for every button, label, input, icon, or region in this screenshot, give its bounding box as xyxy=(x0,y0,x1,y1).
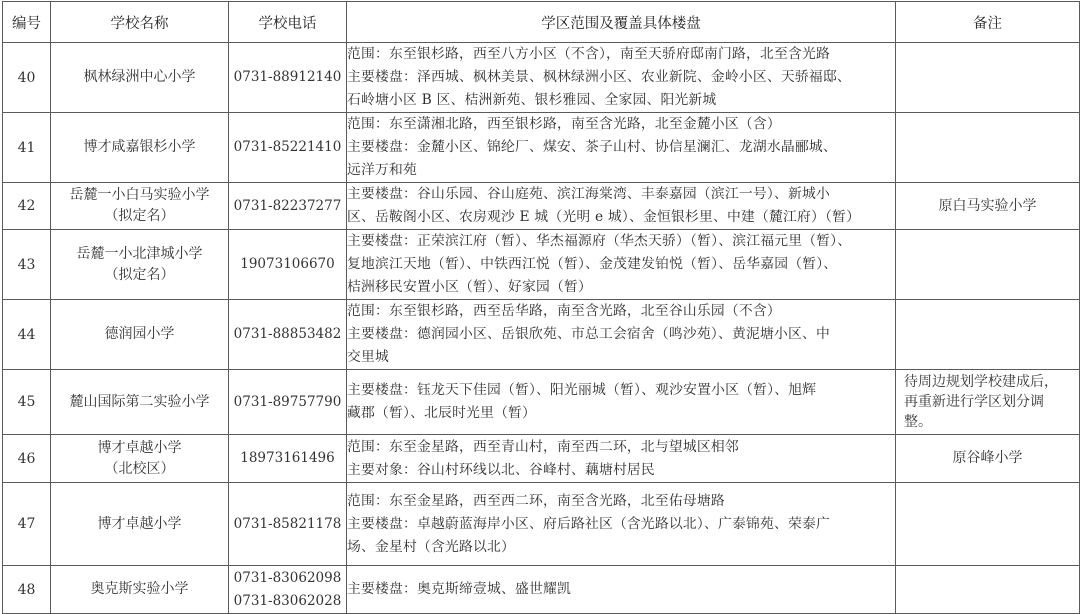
area-line: 藏郡（暂）、北辰时光里（暂） xyxy=(347,402,895,425)
school-name: 博才卓越小学 xyxy=(51,483,229,566)
header-row: 编号 学校名称 学校电话 学区范围及覆盖具体楼盘 备注 xyxy=(3,2,1080,43)
area-line: 主要楼盘：钰龙天下佳园（暂）、阳光丽城（暂）、观沙安置小区（暂）、旭辉 xyxy=(347,379,895,402)
table-row: 48 奥克斯实验小学 0731-83062098 0731-83062028 主… xyxy=(3,566,1080,613)
phone-number: 18973161496 xyxy=(229,447,346,470)
area-line: 复地滨江天地（暂）、中铁西江悦（暂）、金茂建发铂悦（暂）、岳华嘉园（暂）、 xyxy=(347,253,895,276)
phone-number: 0731-89757790 xyxy=(229,391,346,414)
row-number: 47 xyxy=(3,483,51,566)
school-name: 岳麓一小北津城小学 （拟定名） xyxy=(51,230,229,300)
phone-number: 0731-85821178 xyxy=(229,513,346,536)
phone-number: 0731-83062028 xyxy=(229,590,346,613)
area-line: 主要楼盘：奥克斯缔壹城、盛世耀凯 xyxy=(347,578,895,601)
header-number: 编号 xyxy=(3,2,51,43)
phone-number: 0731-88853482 xyxy=(229,323,346,346)
school-name: 岳麓一小白马实验小学 （拟定名） xyxy=(51,183,229,230)
school-name-line: 岳麓一小白马实验小学 xyxy=(51,185,228,206)
table-row: 40 枫林绿洲中心小学 0731-88912140 范围：东至银杉路，西至八方小… xyxy=(3,43,1080,113)
area-line: 桔洲移民安置小区（暂）、好家园（暂） xyxy=(347,276,895,299)
area-line: 范围：东至金星路，西至青山村，南至西二环，北与望城区相邻 xyxy=(347,436,895,459)
note-cell xyxy=(896,483,1080,566)
area-line: 范围：东至银杉路，西至八方小区（不含），南至天骄府邸南门路，北至含光路 xyxy=(347,43,895,66)
school-name-line: 德润园小学 xyxy=(51,324,228,345)
school-phone: 0731-82237277 xyxy=(229,183,347,230)
school-name-line: 博才卓越小学 xyxy=(51,438,228,459)
note-cell: 原白马实验小学 xyxy=(896,183,1080,230)
area-line: 远洋万和苑 xyxy=(347,159,895,182)
area-line: 区、岳鞍阁小区、农房观沙 E 城（光明 e 城）、金恒银杉里、中建（麓江府）（暂… xyxy=(347,206,895,229)
school-name-line: 奥克斯实验小学 xyxy=(51,579,228,600)
district-area: 范围：东至金星路，西至西二环，南至含光路，北至佑母塘路 主要楼盘：卓越蔚蓝海岸小… xyxy=(347,483,896,566)
area-line: 场、金星村（含光路以北） xyxy=(347,536,895,559)
area-line: 交里城 xyxy=(347,346,895,369)
table-row: 41 博才咸嘉银杉小学 0731-85221410 范围：东至潇湘北路，西至银杉… xyxy=(3,113,1080,183)
school-phone: 19073106670 xyxy=(229,230,347,300)
note-cell: 原谷峰小学 xyxy=(896,435,1080,483)
header-district-area: 学区范围及覆盖具体楼盘 xyxy=(347,2,896,43)
phone-number: 0731-85221410 xyxy=(229,136,346,159)
school-name: 奥克斯实验小学 xyxy=(51,566,229,613)
area-line: 主要楼盘：金麓小区、锦纶厂、煤安、茶子山村、协信星澜汇、龙湖水晶郦城、 xyxy=(347,136,895,159)
row-number: 45 xyxy=(3,370,51,435)
table-row: 46 博才卓越小学 （北校区） 18973161496 范围：东至金星路，西至青… xyxy=(3,435,1080,483)
school-phone: 0731-85821178 xyxy=(229,483,347,566)
row-number: 43 xyxy=(3,230,51,300)
note-cell xyxy=(896,300,1080,370)
area-line: 石岭塘小区 B 区、桔洲新苑、银杉雅园、全家园、阳光新城 xyxy=(347,89,895,112)
school-name: 博才卓越小学 （北校区） xyxy=(51,435,229,483)
school-name-line: 博才咸嘉银杉小学 xyxy=(51,137,228,158)
district-area: 主要楼盘：正荣滨江府（暂）、华杰福源府（华杰天骄）（暂）、滨江福元里（暂）、 复… xyxy=(347,230,896,300)
note-line: 原谷峰小学 xyxy=(896,447,1079,470)
area-line: 主要对象：谷山村环线以北、谷峰村、藕塘村居民 xyxy=(347,459,895,482)
school-phone: 0731-89757790 xyxy=(229,370,347,435)
school-name: 枫林绿洲中心小学 xyxy=(51,43,229,113)
school-name-line: 麓山国际第二实验小学 xyxy=(51,392,228,413)
area-line: 主要楼盘：正荣滨江府（暂）、华杰福源府（华杰天骄）（暂）、滨江福元里（暂）、 xyxy=(347,230,895,253)
note-line: 原白马实验小学 xyxy=(896,195,1079,218)
row-number: 40 xyxy=(3,43,51,113)
school-name-line: 博才卓越小学 xyxy=(51,514,228,535)
row-number: 42 xyxy=(3,183,51,230)
area-line: 范围：东至潇湘北路，西至银杉路，南至含光路，北至金麓小区（含） xyxy=(347,113,895,136)
table-row: 42 岳麓一小白马实验小学 （拟定名） 0731-82237277 主要楼盘：谷… xyxy=(3,183,1080,230)
school-name-line: （拟定名） xyxy=(51,206,228,227)
header-notes: 备注 xyxy=(896,2,1080,43)
header-school-phone: 学校电话 xyxy=(229,2,347,43)
district-area: 主要楼盘：谷山乐园、谷山庭苑、滨江海棠湾、丰泰嘉园（滨江一号）、新城小 区、岳鞍… xyxy=(347,183,896,230)
note-cell xyxy=(896,230,1080,300)
row-number: 46 xyxy=(3,435,51,483)
school-name: 德润园小学 xyxy=(51,300,229,370)
phone-number: 0731-82237277 xyxy=(229,195,346,218)
area-line: 范围：东至银杉路，西至岳华路，南至含光路，北至谷山乐园（不含） xyxy=(347,300,895,323)
table-row: 47 博才卓越小学 0731-85821178 范围：东至金星路，西至西二环，南… xyxy=(3,483,1080,566)
school-phone: 0731-88853482 xyxy=(229,300,347,370)
district-area: 主要楼盘：钰龙天下佳园（暂）、阳光丽城（暂）、观沙安置小区（暂）、旭辉 藏郡（暂… xyxy=(347,370,896,435)
district-area: 范围：东至金星路，西至青山村，南至西二环，北与望城区相邻 主要对象：谷山村环线以… xyxy=(347,435,896,483)
district-area: 范围：东至银杉路，西至岳华路，南至含光路，北至谷山乐园（不含） 主要楼盘：德润园… xyxy=(347,300,896,370)
phone-number: 0731-83062098 xyxy=(229,567,346,590)
header-school-name: 学校名称 xyxy=(51,2,229,43)
area-line: 范围：东至金星路，西至西二环，南至含光路，北至佑母塘路 xyxy=(347,490,895,513)
school-name: 麓山国际第二实验小学 xyxy=(51,370,229,435)
row-number: 48 xyxy=(3,566,51,613)
note-line: 待周边规划学校建成后， xyxy=(904,372,1079,392)
note-cell xyxy=(896,566,1080,613)
area-line: 主要楼盘：泽西城、枫林美景、枫林绿洲小区、农业新院、金岭小区、天骄福邸、 xyxy=(347,66,895,89)
row-number: 44 xyxy=(3,300,51,370)
note-line: 整。 xyxy=(904,412,1079,432)
phone-number: 19073106670 xyxy=(229,253,346,276)
district-area: 范围：东至银杉路，西至八方小区（不含），南至天骄府邸南门路，北至含光路 主要楼盘… xyxy=(347,43,896,113)
phone-number: 0731-88912140 xyxy=(229,66,346,89)
school-name-line: （北校区） xyxy=(51,459,228,480)
district-area: 主要楼盘：奥克斯缔壹城、盛世耀凯 xyxy=(347,566,896,613)
table-row: 45 麓山国际第二实验小学 0731-89757790 主要楼盘：钰龙天下佳园（… xyxy=(3,370,1080,435)
school-phone: 0731-88912140 xyxy=(229,43,347,113)
area-line: 主要楼盘：谷山乐园、谷山庭苑、滨江海棠湾、丰泰嘉园（滨江一号）、新城小 xyxy=(347,183,895,206)
note-cell xyxy=(896,113,1080,183)
school-name-line: 岳麓一小北津城小学 xyxy=(51,244,228,265)
school-name-line: （拟定名） xyxy=(51,265,228,286)
school-phone: 18973161496 xyxy=(229,435,347,483)
school-phone: 0731-83062098 0731-83062028 xyxy=(229,566,347,613)
district-area: 范围：东至潇湘北路，西至银杉路，南至含光路，北至金麓小区（含） 主要楼盘：金麓小… xyxy=(347,113,896,183)
table-row: 44 德润园小学 0731-88853482 范围：东至银杉路，西至岳华路，南至… xyxy=(3,300,1080,370)
row-number: 41 xyxy=(3,113,51,183)
note-cell xyxy=(896,43,1080,113)
school-name: 博才咸嘉银杉小学 xyxy=(51,113,229,183)
note-cell: 待周边规划学校建成后， 再重新进行学区划分调 整。 xyxy=(896,370,1080,435)
table-row: 43 岳麓一小北津城小学 （拟定名） 19073106670 主要楼盘：正荣滨江… xyxy=(3,230,1080,300)
school-district-table: 编号 学校名称 学校电话 学区范围及覆盖具体楼盘 备注 40 枫林绿洲中心小学 … xyxy=(2,1,1080,612)
note-line: 再重新进行学区划分调 xyxy=(904,392,1079,412)
school-phone: 0731-85221410 xyxy=(229,113,347,183)
area-line: 主要楼盘：卓越蔚蓝海岸小区、府后路社区（含光路以北）、广泰锦苑、荣泰广 xyxy=(347,513,895,536)
area-line: 主要楼盘：德润园小区、岳银欣苑、市总工会宿舍（鸣沙苑）、黄泥塘小区、中 xyxy=(347,323,895,346)
school-name-line: 枫林绿洲中心小学 xyxy=(51,67,228,88)
